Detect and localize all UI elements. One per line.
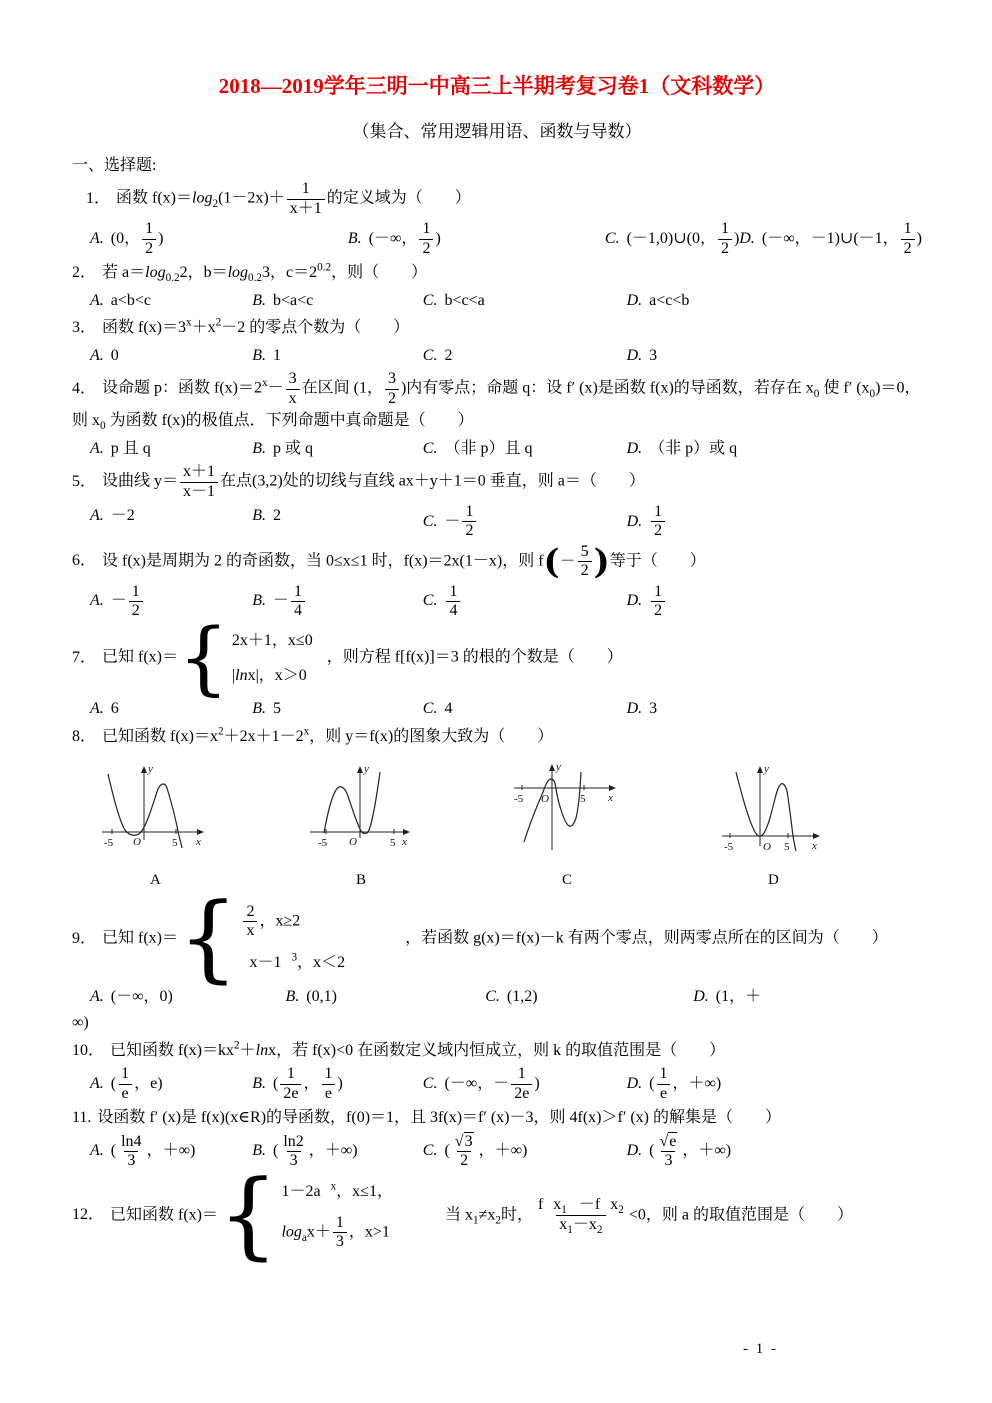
superscript: 3 [291, 951, 297, 963]
question-8: 8．已知函数 f(x)＝x2＋2x＋1－2x，则 y＝f(x)的图象大致为（ ）… [72, 724, 922, 892]
question-9: 9．已知 f(x)＝{2x，x≥2x－13，x＜2，若函数 g(x)＝f(x)－… [72, 896, 922, 1036]
question-11: 11.设函数 f′ (x)是 f(x)(x∈R)的导函数，f(0)＝1，且 3f… [72, 1105, 922, 1170]
options-row: A.(1e，e)B.(12e，1e)C.(－∞，－12e)D.(1e，＋∞) [72, 1065, 922, 1103]
question-stem: 5．设曲线 y＝x＋1x－1在点(3,2)处的切线与直线 ax＋y＋1＝0 垂直… [72, 463, 922, 501]
subscript: 0 [870, 388, 876, 400]
option-content: －12 [444, 513, 478, 530]
question-number: 1． [86, 190, 110, 207]
option-content: (－∞，－1)∪(－1，12) [762, 230, 922, 247]
fraction: 12 [140, 220, 158, 258]
superscript: 2 [216, 317, 222, 329]
option-content: －2 [111, 507, 135, 524]
graph-option-b: -55OxyB [304, 758, 510, 893]
cases-row: |lnx|，x＞0 [232, 663, 313, 689]
sqrt-radical: √e [660, 1132, 678, 1150]
option-content: (ln23，＋∞) [273, 1142, 358, 1159]
option-label: C. [423, 1075, 438, 1092]
page-number: - 1 - [743, 1337, 778, 1361]
option-label: D. [627, 1142, 643, 1159]
subscript: 1 [567, 1224, 573, 1236]
option-label: D. [627, 292, 643, 309]
option-d: D.(√e3，＋∞) [627, 1133, 922, 1171]
superscript: 0.2 [317, 262, 331, 274]
question-6: 6．设 f(x)是周期为 2 的奇函数，当 0≤x≤1 时，f(x)＝2x(1－… [72, 543, 922, 621]
option-content: (1e，e) [111, 1075, 163, 1092]
subscript: 0 [100, 420, 106, 432]
option-label: A. [90, 507, 104, 524]
superscript: x [331, 1181, 337, 1193]
option-b: B.(0,1) [286, 984, 486, 1010]
italic-text: ln [256, 1042, 268, 1059]
spacer [241, 966, 249, 967]
subscript: 2 [495, 1214, 501, 1226]
svg-text:y: y [147, 763, 153, 775]
option-label: C. [423, 592, 438, 609]
option-a: A.(－∞，0) [90, 984, 286, 1010]
option-content: 12 [649, 513, 667, 530]
option-label: A. [90, 230, 104, 247]
fraction: 14 [444, 583, 462, 621]
option-label: B. [348, 230, 362, 247]
graph-option-d: -55OxyD [716, 758, 922, 893]
option-label: C. [423, 1142, 438, 1159]
options-row: A.－2B.2C.－12D.12 [72, 503, 922, 541]
option-content: 12 [649, 592, 667, 609]
fraction: 2x [241, 903, 259, 941]
fraction: 1e [319, 1065, 337, 1103]
svg-text:x: x [607, 792, 613, 804]
question-5: 5．设曲线 y＝x＋1x－1在点(3,2)处的切线与直线 ax＋y＋1＝0 垂直… [72, 463, 922, 541]
options-row: A.6B.5C.4D.3 [72, 696, 922, 722]
options-row: A.a<b<cB.b<a<cC.b<c<aD.a<c<b [72, 288, 922, 314]
question-number: 8． [72, 728, 96, 745]
option-content: 1 [273, 347, 281, 364]
cases-row: 2x＋1，x≤0 [232, 628, 313, 654]
option-label: B. [252, 347, 266, 364]
fraction: fx1－fx2x1－x2 [533, 1196, 629, 1234]
option-b: B.5 [252, 696, 423, 722]
option-content: 2 [444, 347, 452, 364]
option-content: (ln43，＋∞) [111, 1142, 196, 1159]
question-stem: 12．已知函数 f(x)＝{1－2ax，x≤1，logax＋13，x>1当 x1… [72, 1173, 922, 1259]
fraction: 12 [649, 583, 667, 621]
question-list: 1．函数 f(x)＝log2(1－2x)＋1x＋1的定义域为（ ）A.(0，12… [72, 180, 922, 1258]
option-label: A. [90, 1142, 104, 1159]
svg-text:x: x [195, 836, 201, 848]
superscript: x [262, 378, 268, 390]
option-label: D. [627, 1075, 643, 1092]
options-row: A.(－∞，0)B.(0,1)C.(1,2)D.(1，＋ [72, 984, 922, 1010]
question-stem: 3．函数 f(x)＝3x＋x2－2 的零点个数为（ ） [72, 315, 922, 341]
superscript: x [304, 726, 310, 738]
options-row: A.p 且 qB.p 或 qC.（非 p）且 qD.（非 p）或 q [72, 436, 922, 462]
question-3: 3．函数 f(x)＝3x＋x2－2 的零点个数为（ ）A.0B.1C.2D.3 [72, 315, 922, 368]
option-a: A.(0，12) [90, 220, 348, 258]
svg-text:O: O [763, 841, 771, 853]
fraction: x＋1x－1 [178, 463, 220, 501]
option-label: A. [90, 988, 104, 1005]
graph-caption: B [356, 868, 510, 892]
option-label: A. [90, 1075, 104, 1092]
fraction: √32 [450, 1133, 479, 1171]
option-label: D. [693, 988, 709, 1005]
question-number: 12． [72, 1206, 104, 1223]
option-label: A. [90, 592, 104, 609]
option-d: D.12 [627, 503, 922, 541]
option-content: (－1,0)∪(0，12) [627, 230, 740, 247]
option-a: A.p 且 q [90, 436, 252, 462]
option-d: D.(－∞，－1)∪(－1，12) [739, 220, 922, 258]
option-content: (12e，1e) [273, 1075, 343, 1092]
option-d: D.12 [627, 583, 922, 621]
question-stem: 9．已知 f(x)＝{2x，x≥2x－13，x＜2，若函数 g(x)＝f(x)－… [72, 896, 922, 982]
option-d: D.(1，＋ [693, 984, 922, 1010]
italic-text: ln [235, 667, 247, 684]
option-b: B.(12e，1e) [252, 1065, 423, 1103]
exam-page: 2018—2019学年三明一中高三上半期考复习卷1（文科数学） （集合、常用逻辑… [0, 0, 992, 1403]
option-b: B.－14 [252, 583, 423, 621]
fraction: 1x＋1 [285, 180, 327, 218]
option-content: (√e3，＋∞) [649, 1142, 731, 1159]
question-10: 10．已知函数 f(x)＝kx2＋lnx，若 f(x)<0 在函数定义域内恒成立… [72, 1038, 922, 1103]
question-number: 10． [72, 1042, 104, 1059]
option-a: A.－2 [90, 503, 252, 529]
option-continuation: ∞) [72, 1010, 922, 1036]
option-c: C.(√32，＋∞) [423, 1133, 627, 1171]
option-d: D.3 [627, 696, 922, 722]
options-row: A.(ln43，＋∞)B.(ln23，＋∞)C.(√32，＋∞)D.(√e3，＋… [72, 1133, 922, 1171]
piecewise-function: {2x，x≥2x－13，x＜2 [178, 896, 345, 982]
option-content: a<c<b [649, 292, 689, 309]
option-label: C. [423, 440, 438, 457]
superscript: x [186, 317, 192, 329]
fraction: 12 [460, 503, 478, 541]
option-label: A. [90, 292, 104, 309]
page-title: 2018—2019学年三明一中高三上半期考复习卷1（文科数学） [72, 70, 922, 104]
question-number: 2． [72, 264, 96, 281]
question-stem: 11.设函数 f′ (x)是 f(x)(x∈R)的导函数，f(0)＝1，且 3f… [72, 1105, 922, 1131]
fraction: 12 [716, 220, 734, 258]
italic-text: log [281, 1223, 301, 1240]
svg-text:y: y [555, 761, 561, 773]
svg-text:5: 5 [784, 841, 790, 853]
question-1: 1．函数 f(x)＝log2(1－2x)＋1x＋1的定义域为（ ）A.(0，12… [72, 180, 922, 258]
option-label: C. [423, 700, 438, 717]
cases-row: 2x，x≥2 [241, 903, 345, 941]
svg-text:-5: -5 [724, 841, 734, 853]
option-content: 14 [444, 592, 462, 609]
graph-caption: C [562, 868, 716, 892]
question-number: 3． [72, 319, 96, 336]
subscript: 2 [597, 1224, 603, 1236]
option-b: B.1 [252, 343, 423, 369]
svg-text:-5: -5 [514, 793, 524, 805]
spacer [345, 942, 405, 943]
graph-c: -55Oxy [510, 758, 622, 858]
option-b: B.b<a<c [252, 288, 423, 314]
option-label: D. [627, 700, 643, 717]
spacer [393, 1218, 445, 1219]
cases-brace: { [178, 896, 238, 982]
option-c: C.b<c<a [423, 288, 627, 314]
svg-text:y: y [363, 763, 369, 775]
option-content: （非 p）或 q [649, 440, 737, 457]
superscript: 2 [218, 726, 224, 738]
italic-text: log [145, 264, 165, 281]
subscript: 2 [212, 198, 218, 210]
option-content: －12 [111, 592, 145, 609]
option-d: D.(1e，＋∞) [627, 1065, 922, 1103]
graph-caption: D [768, 868, 922, 892]
option-a: A.0 [90, 343, 252, 369]
question-stem: 10．已知函数 f(x)＝kx2＋lnx，若 f(x)<0 在函数定义域内恒成立… [72, 1038, 922, 1064]
options-row: A.(0，12)B.(－∞，12)C.(－1,0)∪(0，12)D.(－∞，－1… [72, 220, 922, 258]
fraction: 32 [383, 370, 401, 408]
option-content: (√32，＋∞) [444, 1142, 527, 1159]
graph-option-c: -55OxyC [510, 758, 716, 893]
option-c: C.(－1,0)∪(0，12) [605, 220, 739, 258]
question-7: 7．已知 f(x)＝{2x＋1，x≤0|lnx|，x＞0，则方程 f[f(x)]… [72, 622, 922, 722]
option-label: B. [252, 292, 266, 309]
page-subtitle: （集合、常用逻辑用语、函数与导数） [72, 118, 922, 145]
svg-text:O: O [133, 836, 141, 848]
fraction: 1e [655, 1065, 673, 1103]
question-stem: 8．已知函数 f(x)＝x2＋2x＋1－2x，则 y＝f(x)的图象大致为（ ） [72, 724, 922, 750]
option-label: A. [90, 347, 104, 364]
fraction: ln43 [116, 1133, 146, 1171]
option-label: C. [423, 347, 438, 364]
option-label: A. [90, 700, 104, 717]
sqrt-radical: √3 [455, 1132, 474, 1150]
option-a: A.a<b<c [90, 288, 252, 314]
option-content: (－∞，12) [369, 230, 441, 247]
question-number: 9． [72, 930, 96, 947]
option-label: C. [605, 230, 620, 247]
question-number: 11. [72, 1109, 91, 1126]
fraction: 3x [284, 370, 302, 408]
svg-text:x: x [401, 836, 407, 848]
option-b: B.(－∞，12) [348, 220, 605, 258]
option-c: C.(－∞，－12e) [423, 1065, 627, 1103]
option-content: －14 [273, 592, 307, 609]
option-d: D.3 [627, 343, 922, 369]
fraction: ln23 [278, 1133, 308, 1171]
option-content: 2 [273, 507, 281, 524]
fraction: 12 [899, 220, 917, 258]
option-content: 3 [649, 700, 657, 717]
option-content: (－∞，－12e) [444, 1075, 539, 1092]
option-content: p 或 q [273, 440, 313, 457]
question-stem: 4．设命题 p：函数 f(x)＝2x－3x在区间 (1，32)内有零点；命题 q… [72, 370, 922, 433]
subscript: 0 [814, 388, 820, 400]
question-number: 6． [72, 552, 96, 569]
question-4: 4．设命题 p：函数 f(x)＝2x－3x在区间 (1，32)内有零点；命题 q… [72, 370, 922, 461]
cases-row: x－13，x＜2 [241, 950, 345, 976]
fraction: 1e [116, 1065, 134, 1103]
graph-b: -55Oxy [304, 758, 416, 858]
option-content: (1，＋ [716, 988, 761, 1005]
question-2: 2．若 a＝log0.22，b＝log0.23，c＝20.2，则（ ）A.a<b… [72, 260, 922, 313]
big-paren: (－52) [544, 543, 610, 581]
option-label: D. [739, 230, 755, 247]
option-label: D. [627, 347, 643, 364]
question-number: 4． [72, 380, 96, 397]
option-label: B. [252, 507, 266, 524]
option-label: D. [627, 592, 643, 609]
svg-text:5: 5 [390, 837, 396, 849]
spacer [567, 1208, 579, 1209]
option-d: D.（非 p）或 q [627, 436, 922, 462]
option-c: C.2 [423, 343, 627, 369]
svg-text:y: y [763, 763, 769, 775]
subscript: 0.2 [248, 272, 262, 284]
fraction: 12 [417, 220, 435, 258]
cases-brace: { [178, 622, 229, 694]
italic-text: log [192, 190, 212, 207]
options-row: A.0B.1C.2D.3 [72, 343, 922, 369]
option-content: p 且 q [111, 440, 151, 457]
italic-text: log [228, 264, 248, 281]
option-content: 4 [444, 700, 452, 717]
option-c: C.(1,2) [485, 984, 693, 1010]
option-b: B.2 [252, 503, 423, 529]
subscript: 2 [618, 1205, 624, 1217]
fraction: 12e [278, 1065, 303, 1103]
option-content: 6 [111, 700, 119, 717]
option-c: C.（非 p）且 q [423, 436, 627, 462]
spacer [543, 1208, 553, 1209]
cases-row: logax＋13，x>1 [281, 1214, 393, 1252]
option-content: (－∞，0) [111, 988, 173, 1005]
fraction: 12e [509, 1065, 534, 1103]
option-content: (0，12) [111, 230, 164, 247]
question-stem: 6．设 f(x)是周期为 2 的奇函数，当 0≤x≤1 时，f(x)＝2x(1－… [72, 543, 922, 581]
option-label: A. [90, 440, 104, 457]
spacer [313, 661, 327, 662]
piecewise-function: {2x＋1，x≤0|lnx|，x＞0 [178, 622, 313, 694]
option-label: C. [423, 292, 438, 309]
option-content: a<b<c [111, 292, 151, 309]
option-a: A.(1e，e) [90, 1065, 252, 1103]
svg-text:5: 5 [172, 837, 178, 849]
question-stem: 7．已知 f(x)＝{2x＋1，x≤0|lnx|，x＞0，则方程 f[f(x)]… [72, 622, 922, 694]
question-number: 7． [72, 649, 96, 666]
option-label: B. [252, 440, 266, 457]
option-label: C. [423, 513, 438, 530]
graph-d: -55Oxy [716, 758, 828, 858]
fraction: 14 [289, 583, 307, 621]
svg-text:5: 5 [580, 793, 586, 805]
piecewise-function: {1－2ax，x≤1，logax＋13，x>1 [218, 1173, 393, 1259]
option-content: b<a<c [273, 292, 313, 309]
option-c: C.4 [423, 696, 627, 722]
option-content: b<c<a [444, 292, 484, 309]
graph-options-row: -55OxyA-55OxyB-55OxyC-55OxyD [72, 758, 922, 893]
question-stem: 1．函数 f(x)＝log2(1－2x)＋1x＋1的定义域为（ ） [72, 180, 922, 218]
fraction: 13 [331, 1214, 349, 1252]
fraction: √e3 [655, 1133, 683, 1171]
subscript: 1 [473, 1214, 479, 1226]
option-d: D.a<c<b [627, 288, 922, 314]
option-label: C. [485, 988, 500, 1005]
option-content: （非 p）且 q [444, 440, 532, 457]
graph-a: -55Oxy [98, 758, 210, 858]
option-content: (1,2) [507, 988, 538, 1005]
option-content: 0 [111, 347, 119, 364]
question-12: 12．已知函数 f(x)＝{1－2ax，x≤1，logax＋13，x>1当 x1… [72, 1173, 922, 1259]
option-c: C.14 [423, 583, 627, 621]
svg-text:O: O [349, 836, 357, 848]
option-content: (1e，＋∞) [649, 1075, 721, 1092]
option-b: B.p 或 q [252, 436, 423, 462]
svg-text:-5: -5 [318, 837, 328, 849]
cases-row: 1－2ax，x≤1， [281, 1179, 393, 1205]
section-heading: 一、选择题: [72, 153, 922, 179]
option-content: 3 [649, 347, 657, 364]
spacer [600, 1208, 610, 1209]
option-content: (0,1) [306, 988, 337, 1005]
option-a: A.6 [90, 696, 252, 722]
option-label: B. [286, 988, 300, 1005]
fraction: 12 [649, 503, 667, 541]
fraction: 12 [127, 583, 145, 621]
option-label: D. [627, 440, 643, 457]
option-label: B. [252, 592, 266, 609]
question-stem: 2．若 a＝log0.22，b＝log0.23，c＝20.2，则（ ） [72, 260, 922, 286]
superscript: 2 [234, 1040, 240, 1052]
option-c: C.－12 [423, 503, 627, 541]
fraction: 52 [576, 543, 594, 581]
option-label: D. [627, 513, 643, 530]
graph-option-a: -55OxyA [98, 758, 304, 893]
option-label: B. [252, 1075, 266, 1092]
subscript: 0.2 [166, 272, 180, 284]
svg-text:x: x [811, 840, 817, 852]
spacer [321, 1195, 331, 1196]
option-content: 5 [273, 700, 281, 717]
option-label: B. [252, 700, 266, 717]
question-number: 5． [72, 473, 96, 490]
cases-brace: { [218, 1173, 278, 1259]
subscript: a [302, 1232, 307, 1244]
option-label: B. [252, 1142, 266, 1159]
spacer [281, 966, 291, 967]
svg-text:-5: -5 [104, 837, 114, 849]
